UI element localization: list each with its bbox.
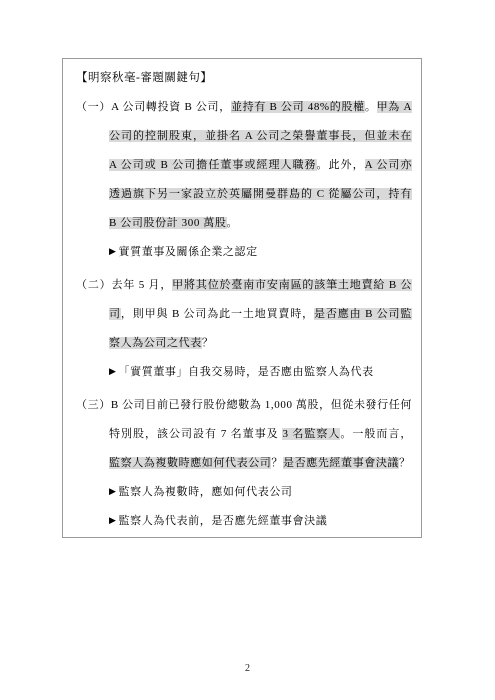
plain-text: ？ <box>202 337 214 349</box>
triangle-bullet-icon: ▶ <box>109 487 117 497</box>
plain-text: 。此外， <box>317 159 365 171</box>
item-paragraph: （三）B 公司目前已發行股份總數為 1,000 萬股，但從未發行任何特別股，該公… <box>76 391 412 478</box>
highlighted-text: 並持有 B 公司 48%的股權 <box>231 101 365 113</box>
highlighted-text: 是否應先經董事會決議 <box>283 457 399 469</box>
key-point-text: 「實質董事」自我交易時，是否應由監察人為代表 <box>119 366 374 378</box>
question-item: （三）B 公司目前已發行股份總數為 1,000 萬股，但從未發行任何特別股，該公… <box>76 391 412 536</box>
plain-text: 。 <box>365 101 377 113</box>
key-point-text: 監察人為代表前，是否應先經董事會決議 <box>119 515 328 527</box>
triangle-bullet-icon: ▶ <box>109 247 117 257</box>
triangle-bullet-icon: ▶ <box>109 367 117 377</box>
key-points-box: 【明察秋毫-審題關鍵句】 （一）A 公司轉投資 B 公司，並持有 B 公司 48… <box>62 58 422 538</box>
item-number-label: （一） <box>76 101 111 113</box>
triangle-bullet-icon: ▶ <box>109 516 117 526</box>
plain-text: ？ <box>399 457 411 469</box>
question-items-container: （一）A 公司轉投資 B 公司，並持有 B 公司 48%的股權。甲為 A 公司的… <box>76 93 412 536</box>
item-paragraph: （二）去年 5 月，甲將其位於臺南市安南區的該筆土地賣給 B 公司，則甲與 B … <box>76 271 412 358</box>
key-point-text: 監察人為複數時，應如何代表公司 <box>119 486 293 498</box>
box-title: 【明察秋毫-審題關鍵句】 <box>76 64 412 93</box>
key-point-line: ▶實質董事及關係企業之認定 <box>76 238 412 267</box>
item-paragraph: （一）A 公司轉投資 B 公司，並持有 B 公司 48%的股權。甲為 A 公司的… <box>76 93 412 238</box>
question-item: （二）去年 5 月，甲將其位於臺南市安南區的該筆土地賣給 B 公司，則甲與 B … <box>76 271 412 387</box>
item-number-label: （三） <box>76 399 111 411</box>
key-point-line: ▶監察人為代表前，是否應先經董事會決議 <box>76 507 412 536</box>
plain-text: ？ <box>271 457 283 469</box>
item-number-label: （二） <box>76 279 112 291</box>
key-point-line: ▶監察人為複數時，應如何代表公司 <box>76 478 412 507</box>
key-point-line: ▶「實質董事」自我交易時，是否應由監察人為代表 <box>76 358 412 387</box>
highlighted-text: 3 名監察人 <box>282 428 340 440</box>
plain-text: 。一般而言， <box>340 428 412 440</box>
page-number: 2 <box>0 663 495 674</box>
highlighted-text: 監察人為複數時應如何代表公司 <box>109 457 271 469</box>
plain-text: 。 <box>227 217 239 229</box>
plain-text: ，則甲與 B 公司為此一土地買賣時， <box>121 308 314 320</box>
plain-text: A 公司轉投資 B 公司， <box>111 101 231 113</box>
key-point-text: 實質董事及關係企業之認定 <box>119 246 258 258</box>
question-item: （一）A 公司轉投資 B 公司，並持有 B 公司 48%的股權。甲為 A 公司的… <box>76 93 412 267</box>
plain-text: 去年 5 月， <box>112 279 173 291</box>
